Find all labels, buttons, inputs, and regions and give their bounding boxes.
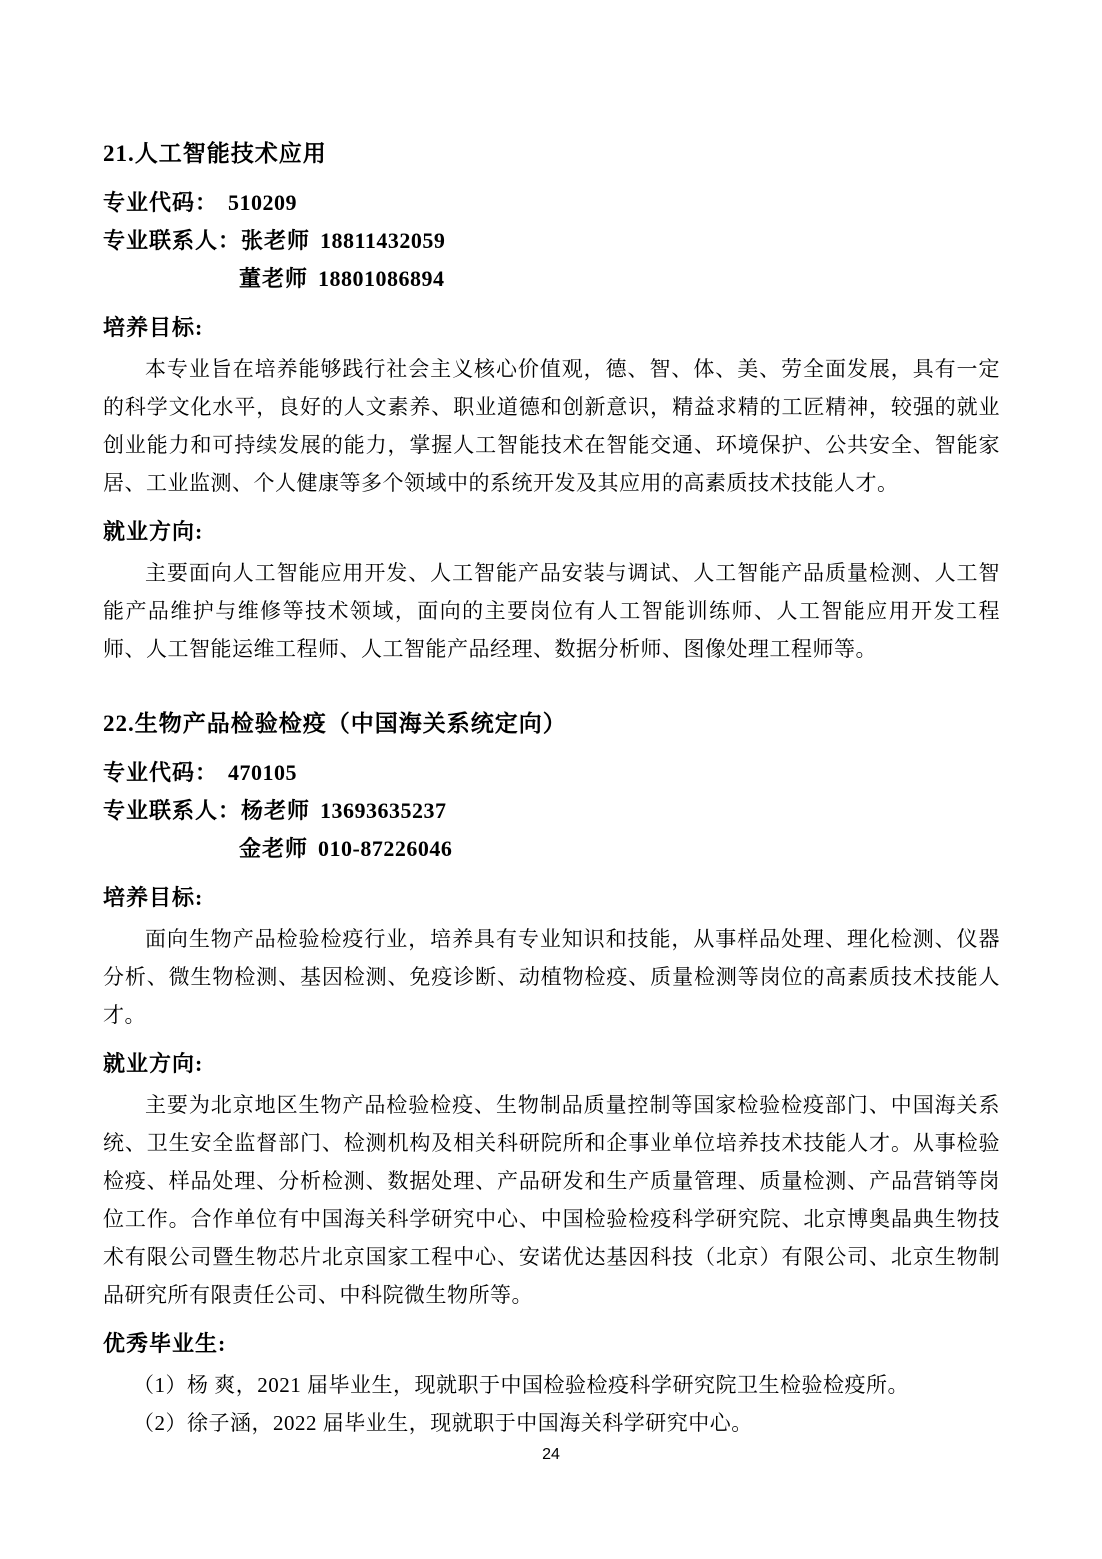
training-goal-paragraph: 面向生物产品检验检疫行业，培养具有专业知识和技能，从事样品处理、理化检测、仪器分… [103,920,1000,1034]
page-number: 24 [0,1445,1102,1465]
career-direction-paragraph: 主要面向人工智能应用开发、人工智能产品安装与调试、人工智能产品质量检测、人工智能… [103,554,1000,668]
major-section-22: 22.生物产品检验检疫（中国海关系统定向） 专业代码：470105 专业联系人：… [103,708,1000,1442]
career-direction-heading: 就业方向: [103,1048,1000,1080]
career-direction-heading: 就业方向: [103,516,1000,548]
contact-phone: 18801086894 [318,266,445,291]
contact-line: 专业联系人：杨老师13693635237 [103,792,1000,830]
contact-name: 董老师 [239,266,308,291]
section-title: 21.人工智能技术应用 [103,138,1000,170]
major-code-label: 专业代码： [103,760,218,785]
major-code-value: 510209 [228,190,297,215]
contact-name: 金老师 [239,836,308,861]
contact-label: 专业联系人： [103,798,241,823]
major-code-line: 专业代码：470105 [103,754,1000,792]
contact-line: 董老师18801086894 [103,260,1000,298]
major-code-line: 专业代码：510209 [103,184,1000,222]
training-goal-heading: 培养目标: [103,882,1000,914]
graduate-item: （2）徐子涵，2022 届毕业生，现就职于中国海关科学研究中心。 [103,1404,1000,1442]
training-goal-paragraph: 本专业旨在培养能够践行社会主义核心价值观，德、智、体、美、劳全面发展，具有一定的… [103,350,1000,502]
contact-name: 张老师 [241,228,310,253]
contact-name: 杨老师 [241,798,310,823]
training-goal-heading: 培养目标: [103,312,1000,344]
contact-phone: 18811432059 [320,228,445,253]
contact-phone: 13693635237 [320,798,447,823]
major-code-value: 470105 [228,760,297,785]
document-page: 21.人工智能技术应用 专业代码：510209 专业联系人：张老师1881143… [0,0,1102,1442]
contact-phone: 010-87226046 [318,836,452,861]
major-section-21: 21.人工智能技术应用 专业代码：510209 专业联系人：张老师1881143… [103,138,1000,668]
contact-label: 专业联系人： [103,228,241,253]
contact-line: 金老师010-87226046 [103,830,1000,868]
major-code-label: 专业代码： [103,190,218,215]
career-direction-paragraph: 主要为北京地区生物产品检验检疫、生物制品质量控制等国家检验检疫部门、中国海关系统… [103,1086,1000,1314]
section-title: 22.生物产品检验检疫（中国海关系统定向） [103,708,1000,740]
outstanding-graduates-heading: 优秀毕业生: [103,1328,1000,1360]
graduate-item: （1）杨 爽，2021 届毕业生，现就职于中国检验检疫科学研究院卫生检验检疫所。 [103,1366,1000,1404]
contact-line: 专业联系人：张老师18811432059 [103,222,1000,260]
